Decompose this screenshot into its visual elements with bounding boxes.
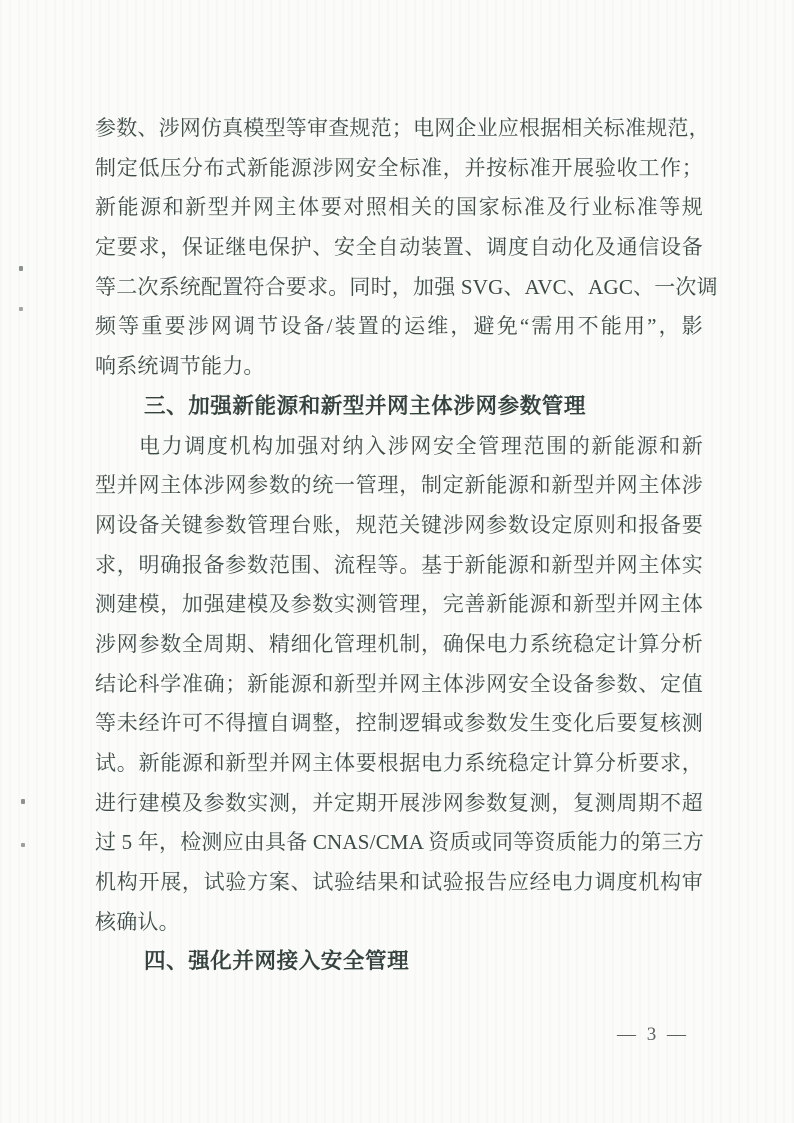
body-line: 测建模，加强建模及参数实测管理，完善新能源和新型并网主体	[95, 585, 703, 625]
page-number: — 3 —	[598, 1022, 708, 1048]
scan-artifact-dot	[21, 799, 25, 804]
body-line: 型并网主体涉网参数的统一管理，制定新能源和新型并网主体涉	[95, 466, 703, 506]
scan-artifact-dot	[19, 307, 23, 311]
body-line: 结论科学准确；新能源和新型并网主体涉网安全设备参数、定值	[95, 665, 703, 705]
section-heading-3: 三、加强新能源和新型并网主体涉网参数管理	[95, 387, 703, 427]
body-line: 频等重要涉网调节设备/装置的运维，避免“需用不能用”，影	[95, 307, 703, 347]
body-line: 新能源和新型并网主体要对照相关的国家标准及行业标准等规	[95, 188, 703, 228]
body-line: 电力调度机构加强对纳入涉网安全管理范围的新能源和新	[95, 427, 703, 467]
body-line: 定要求，保证继电保护、安全自动装置、调度自动化及通信设备	[95, 228, 703, 268]
body-line: 过 5 年，检测应由具备 CNAS/CMA 资质或同等资质能力的第三方	[95, 823, 703, 863]
body-line: 制定低压分布式新能源涉网安全标准，并按标准开展验收工作；	[95, 149, 703, 189]
body-line: 求，明确报备参数范围、流程等。基于新能源和新型并网主体实	[95, 546, 703, 586]
body-line: 等二次系统配置符合要求。同时，加强 SVG、AVC、AGC、一次调	[95, 268, 703, 308]
document-page: 参数、涉网仿真模型等审查规范；电网企业应根据相关标准规范， 制定低压分布式新能源…	[0, 0, 794, 1123]
body-line: 涉网参数全周期、精细化管理机制，确保电力系统稳定计算分析	[95, 625, 703, 665]
scan-artifact-dot	[21, 843, 25, 847]
scan-artifact-dot	[19, 266, 23, 271]
body-line: 核确认。	[95, 903, 703, 943]
body-line: 参数、涉网仿真模型等审查规范；电网企业应根据相关标准规范，	[95, 109, 703, 149]
document-body: 参数、涉网仿真模型等审查规范；电网企业应根据相关标准规范， 制定低压分布式新能源…	[95, 109, 703, 982]
body-line: 响系统调节能力。	[95, 347, 703, 387]
body-line: 机构开展，试验方案、试验结果和试验报告应经电力调度机构审	[95, 863, 703, 903]
body-line: 进行建模及参数实测，并定期开展涉网参数复测，复测周期不超	[95, 784, 703, 824]
body-line: 等未经许可不得擅自调整，控制逻辑或参数发生变化后要复核测	[95, 704, 703, 744]
body-line: 网设备关键参数管理台账，规范关键涉网参数设定原则和报备要	[95, 506, 703, 546]
section-heading-4: 四、强化并网接入安全管理	[95, 942, 703, 982]
body-line: 试。新能源和新型并网主体要根据电力系统稳定计算分析要求，	[95, 744, 703, 784]
